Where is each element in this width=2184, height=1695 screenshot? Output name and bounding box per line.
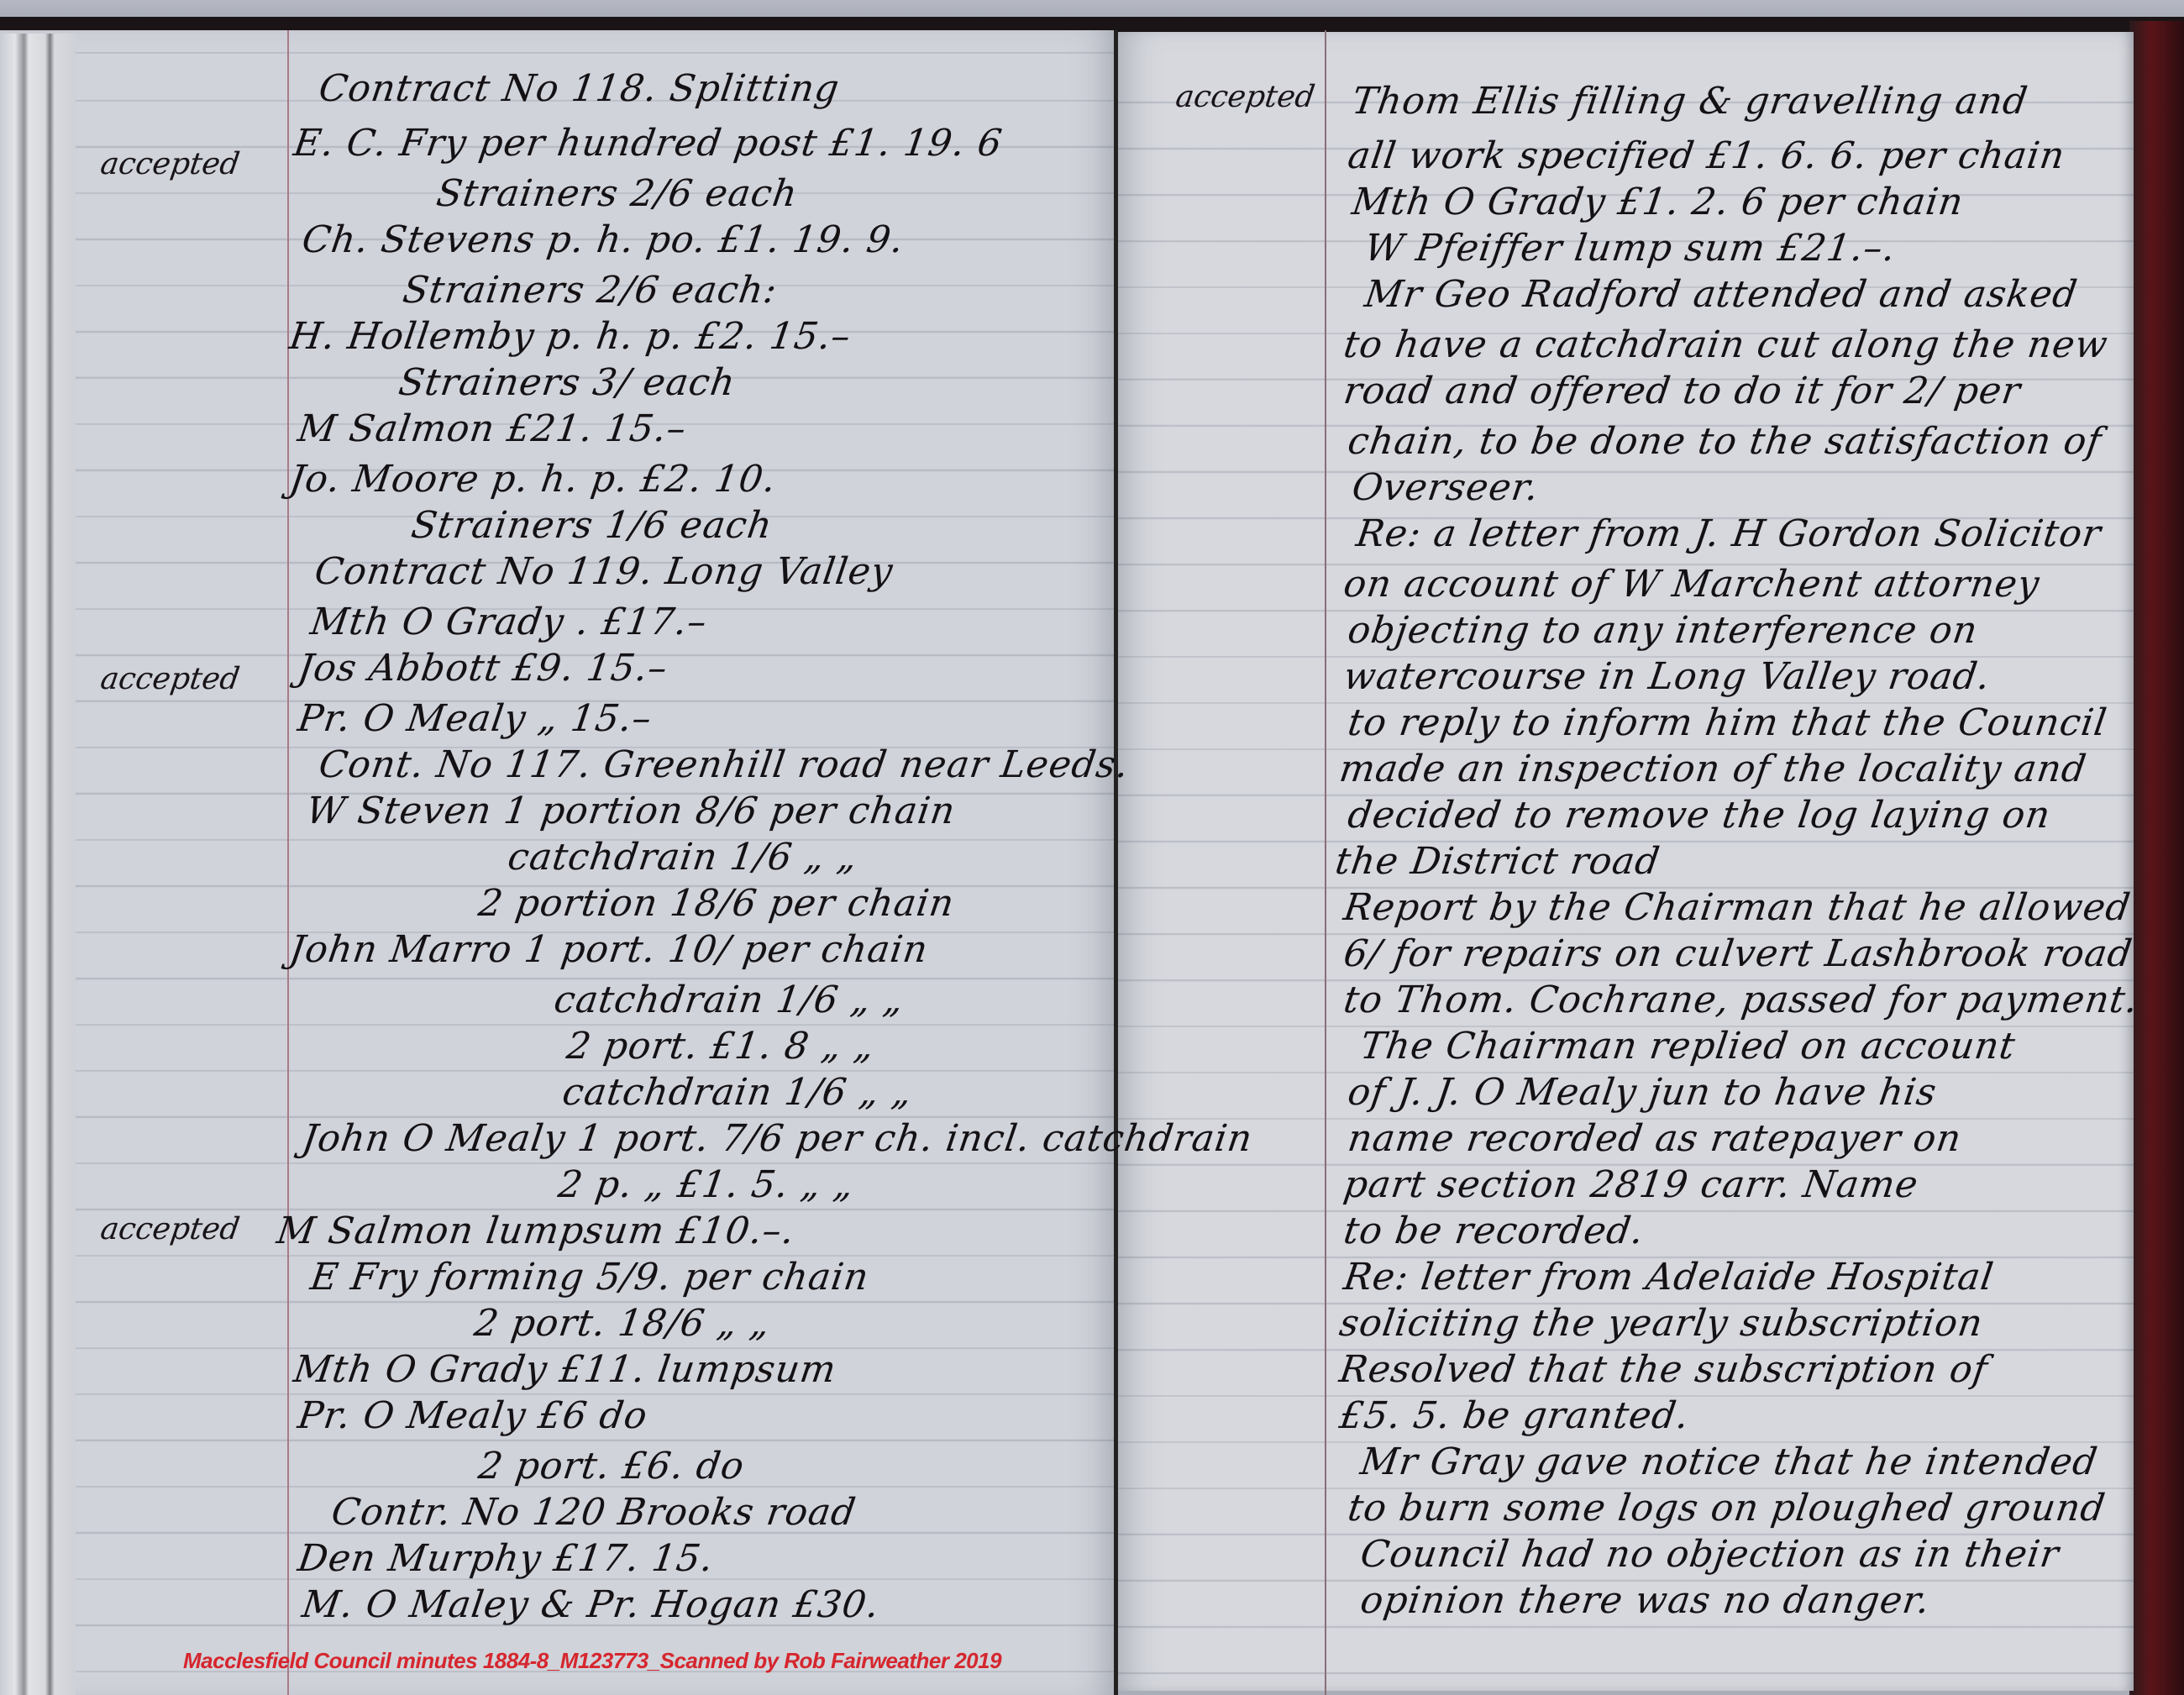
margin-note-accepted: accepted	[98, 662, 242, 696]
handwritten-line: soliciting the yearly subscription	[1336, 1302, 1986, 1345]
handwritten-line: Thom Ellis filling & gravelling and	[1349, 80, 2030, 123]
handwritten-line: W Pfeiffer lump sum £21.–.	[1362, 227, 1898, 270]
handwritten-line: Strainers 1/6 each	[408, 504, 774, 547]
handwritten-line: W Steven 1 portion 8/6 per chain	[303, 790, 958, 832]
handwritten-line: made an inspection of the locality and	[1336, 748, 2089, 790]
handwritten-line: E Fry forming 5/9. per chain	[307, 1256, 871, 1299]
handwritten-line: decided to remove the log laying on	[1345, 794, 2053, 837]
handwritten-line: Resolved that the subscription of	[1336, 1348, 1990, 1391]
handwritten-line: 2 port. 18/6 „ „	[471, 1302, 773, 1345]
handwritten-line: M Salmon £21. 15.–	[295, 407, 689, 450]
right-page-margin-rule	[1325, 30, 1326, 1695]
handwritten-line: Re: a letter from J. H Gordon Solicitor	[1353, 512, 2103, 555]
handwritten-line: chain, to be done to the satisfaction of	[1345, 420, 2104, 463]
left-page-margin-rule	[287, 30, 289, 1695]
handwritten-line: Strainers 2/6 each:	[400, 269, 780, 312]
handwritten-line: Mth O Grady . £17.–	[307, 601, 710, 643]
margin-note-accepted: accepted	[98, 1212, 242, 1246]
handwritten-line: M. O Maley & Pr. Hogan £30.	[299, 1583, 882, 1626]
handwritten-line: catchdrain 1/6 „ „	[551, 979, 906, 1021]
handwritten-line: to be recorded.	[1341, 1210, 1646, 1252]
handwritten-line: of J. J. O Mealy jun to have his	[1345, 1071, 1940, 1114]
handwritten-line: Contract No 119. Long Valley	[312, 550, 895, 593]
handwritten-line: to reply to inform him that the Council	[1345, 701, 2109, 744]
margin-note-accepted: accepted	[1173, 80, 1317, 114]
handwritten-line: Cont. No 117. Greenhill road near Leeds.	[316, 743, 1131, 786]
handwritten-line: Pr. O Mealy £6 do	[295, 1394, 650, 1437]
margin-note-accepted: accepted	[98, 147, 242, 181]
handwritten-line: all work specified £1. 6. 6. per chain	[1345, 134, 2067, 177]
handwritten-line: M Salmon lumpsum £10.–.	[274, 1210, 797, 1252]
handwritten-line: H. Hollemby p. h. p. £2. 15.–	[286, 315, 853, 358]
handwritten-line: Den Murphy £17. 15.	[295, 1537, 717, 1580]
handwritten-line: Pr. O Mealy „ 15.–	[295, 697, 654, 740]
handwritten-line: to burn some logs on ploughed ground	[1345, 1487, 2108, 1530]
handwritten-line: 2 portion 18/6 per chain	[475, 882, 957, 925]
handwritten-line: catchdrain 1/6 „ „	[559, 1071, 915, 1114]
handwritten-line: Mr Geo Radford attended and asked	[1362, 273, 2080, 316]
handwritten-line: Re: letter from Adelaide Hospital	[1341, 1256, 1996, 1299]
handwritten-line: objecting to any interference on	[1345, 609, 1980, 652]
handwritten-line: catchdrain 1/6 „ „	[505, 836, 860, 879]
handwritten-line: 2 port. £1. 8 „ „	[564, 1025, 877, 1068]
handwritten-line: Council had no objection as in their	[1357, 1533, 2061, 1576]
handwritten-line: Contr. No 120 Brooks road	[328, 1491, 858, 1534]
handwritten-line: Jo. Moore p. h. p. £2. 10.	[286, 458, 779, 501]
handwritten-line: Overseer.	[1349, 466, 1541, 509]
left-page-fore-edge	[0, 34, 76, 1695]
handwritten-line: The Chairman replied on account	[1357, 1025, 2018, 1068]
book-gutter	[1114, 30, 1118, 1695]
handwritten-line: £5. 5. be granted.	[1336, 1394, 1692, 1437]
handwritten-line: John O Mealy 1 port. 7/6 per ch. incl. c…	[299, 1117, 1255, 1160]
handwritten-line: E. C. Fry per hundred post £1. 19. 6	[291, 122, 1005, 165]
handwritten-line: Ch. Stevens p. h. po. £1. 19. 9.	[299, 218, 906, 261]
handwritten-line: 6/ for repairs on culvert Lashbrook road	[1341, 932, 2134, 975]
handwritten-line: opinion there was no danger.	[1357, 1579, 1933, 1622]
handwritten-line: Jos Abbott £9. 15.–	[295, 647, 670, 690]
handwritten-line: John Marro 1 port. 10/ per chain	[286, 928, 931, 971]
handwritten-line: Strainers 2/6 each	[433, 172, 800, 215]
handwritten-line: Mth O Grady £1. 2. 6 per chain	[1349, 181, 1966, 223]
handwritten-line: Report by the Chairman that he allowed	[1341, 886, 2133, 929]
handwritten-line: the District road	[1332, 840, 1662, 883]
handwritten-line: to Thom. Cochrane, passed for payment.	[1341, 979, 2141, 1021]
handwritten-line: on account of W Marchent attorney	[1341, 563, 2042, 606]
handwritten-line: part section 2819 carr. Name	[1341, 1163, 1921, 1206]
handwritten-line: Strainers 3/ each	[396, 361, 738, 404]
handwritten-line: road and offered to do it for 2/ per	[1341, 370, 2024, 412]
handwritten-line: watercourse in Long Valley road.	[1341, 655, 1992, 698]
handwritten-line: name recorded as ratepayer on	[1345, 1117, 1964, 1160]
handwritten-line: to have a catchdrain cut along the new	[1341, 323, 2110, 366]
handwritten-line: Mth O Grady £11. lumpsum	[291, 1348, 839, 1391]
handwritten-line: Mr Gray gave notice that he intended	[1357, 1440, 2100, 1483]
handwritten-line: Contract No 118. Splitting	[316, 67, 842, 110]
scan-watermark: Macclesfield Council minutes 1884-8_M123…	[183, 1648, 1001, 1674]
handwritten-line: 2 p. „ £1. 5. „ „	[555, 1163, 857, 1206]
handwritten-line: 2 port. £6. do	[475, 1445, 747, 1488]
book-cover-right-edge	[2129, 21, 2184, 1695]
